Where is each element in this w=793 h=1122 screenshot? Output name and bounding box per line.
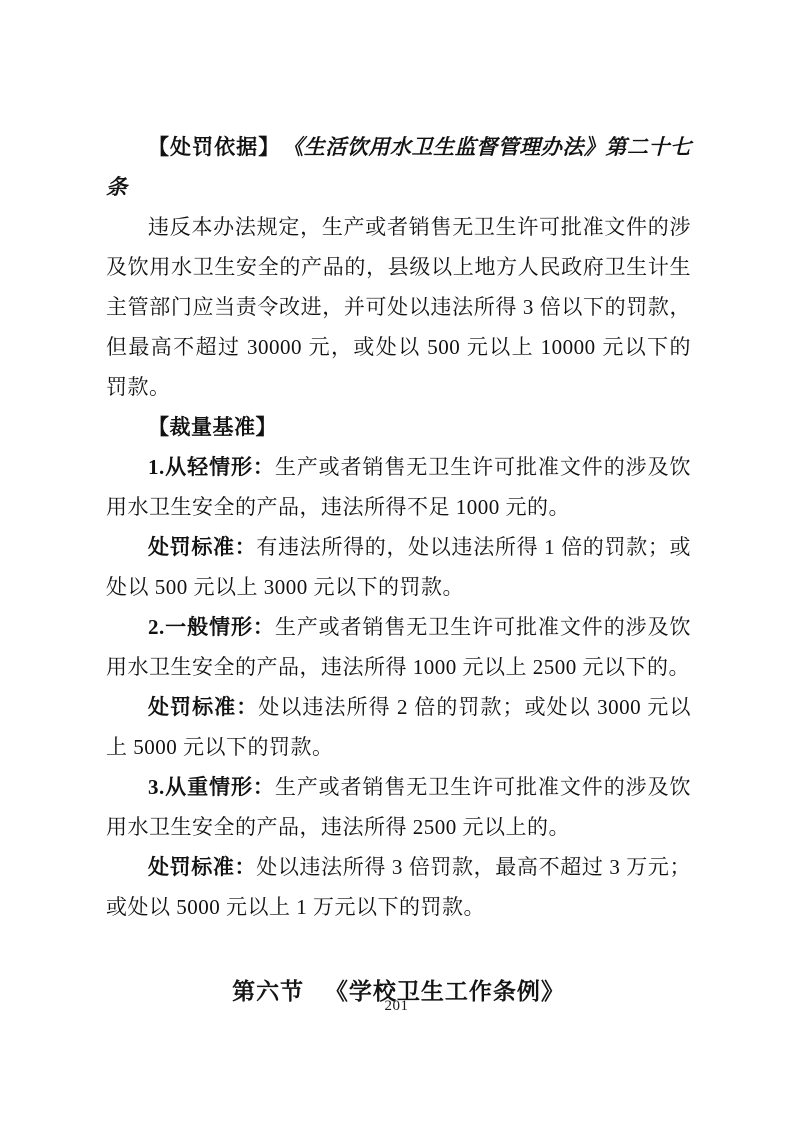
case-paragraph-lenient: 1.从轻情形：生产或者销售无卫生许可批准文件的涉及饮用水卫生安全的产品，违法所得…	[106, 447, 691, 527]
document-page: 【处罚依据】《生活饮用水卫生监督管理办法》第二十七条 违反本办法规定，生产或者销…	[0, 0, 793, 1122]
penalty-standard-paragraph-general: 处罚标准：处以违法所得 2 倍的罚款；或处以 3000 元以上 5000 元以下…	[106, 687, 691, 767]
penalty-standard-label: 处罚标准：	[148, 855, 256, 879]
case-paragraph-general: 2.一般情形：生产或者销售无卫生许可批准文件的涉及饮用水卫生安全的产品，违法所得…	[106, 607, 691, 687]
case-label: 1.从轻情形：	[148, 455, 275, 479]
penalty-standard-label: 处罚标准：	[148, 695, 258, 719]
penalty-standard-paragraph-severe: 处罚标准：处以违法所得 3 倍罚款，最高不超过 3 万元；或处以 5000 元以…	[106, 847, 691, 927]
penalty-basis-heading: 【处罚依据】《生活饮用水卫生监督管理办法》第二十七条	[106, 127, 691, 207]
penalty-standard-paragraph-lenient: 处罚标准：有违法所得的，处以违法所得 1 倍的罚款；或处以 500 元以上 30…	[106, 527, 691, 607]
case-paragraph-severe: 3.从重情形：生产或者销售无卫生许可批准文件的涉及饮用水卫生安全的产品，违法所得…	[106, 767, 691, 847]
case-label: 2.一般情形：	[148, 615, 275, 639]
discretion-criteria-heading: 【裁量基准】	[106, 407, 691, 447]
penalty-standard-label: 处罚标准：	[148, 535, 256, 559]
penalty-basis-paragraph: 违反本办法规定，生产或者销售无卫生许可批准文件的涉及饮用水卫生安全的产品的，县级…	[106, 207, 691, 407]
case-label: 3.从重情形：	[148, 775, 275, 799]
penalty-basis-label: 【处罚依据】	[148, 135, 280, 159]
page-number: 201	[0, 998, 793, 1015]
document-body: 【处罚依据】《生活饮用水卫生监督管理办法》第二十七条 违反本办法规定，生产或者销…	[106, 127, 691, 1007]
discretion-criteria-label: 【裁量基准】	[148, 415, 277, 439]
